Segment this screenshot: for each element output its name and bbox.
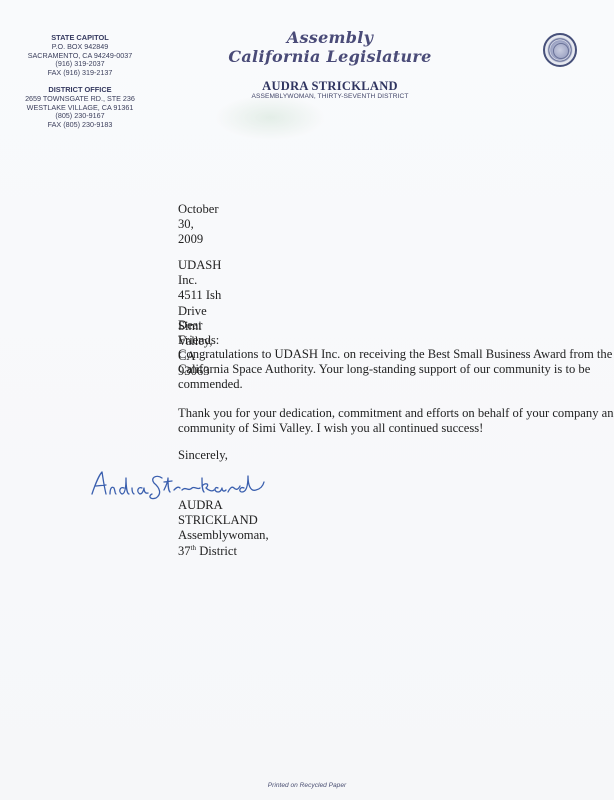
- letter-page: STATE CAPITOL P.O. BOX 942849 SACRAMENTO…: [0, 0, 614, 800]
- district-office-address: DISTRICT OFFICE 2659 TOWNSGATE RD., STE …: [0, 86, 160, 130]
- capitol-watermark: [215, 95, 325, 140]
- salutation: Dear Friends:: [178, 318, 219, 348]
- body-paragraph: Thank you for your dedication, commitmen…: [178, 406, 614, 436]
- recipient-name: UDASH Inc.: [178, 258, 221, 288]
- masthead: Assembly California Legislature AUDRA ST…: [200, 28, 460, 101]
- handwritten-signature-icon: [88, 468, 268, 502]
- closing: Sincerely,: [178, 448, 228, 463]
- masthead-legislature: California Legislature: [200, 47, 460, 66]
- signer-name: AUDRA STRICKLAND: [178, 498, 269, 528]
- signer-title: Assemblywoman, 37th District: [178, 528, 269, 558]
- state-seal-icon: [543, 33, 577, 67]
- fax-line: FAX (805) 230-9183: [0, 121, 160, 130]
- signer-title-district: District: [196, 544, 237, 558]
- fax-line: FAX (916) 319-2137: [0, 69, 160, 78]
- recipient-street: 4511 Ish Drive: [178, 288, 221, 318]
- letter-date: October 30, 2009: [178, 202, 219, 248]
- state-capitol-address: STATE CAPITOL P.O. BOX 942849 SACRAMENTO…: [0, 34, 160, 78]
- member-title: ASSEMBLYWOMAN, THIRTY-SEVENTH DISTRICT: [200, 93, 460, 101]
- body-paragraph: Congratulations to UDASH Inc. on receivi…: [178, 347, 614, 393]
- member-name: AUDRA STRICKLAND: [200, 80, 460, 93]
- signer: AUDRA STRICKLAND Assemblywoman, 37th Dis…: [178, 498, 269, 559]
- masthead-assembly: Assembly: [200, 28, 460, 47]
- recycled-paper-note: Printed on Recycled Paper: [0, 782, 614, 789]
